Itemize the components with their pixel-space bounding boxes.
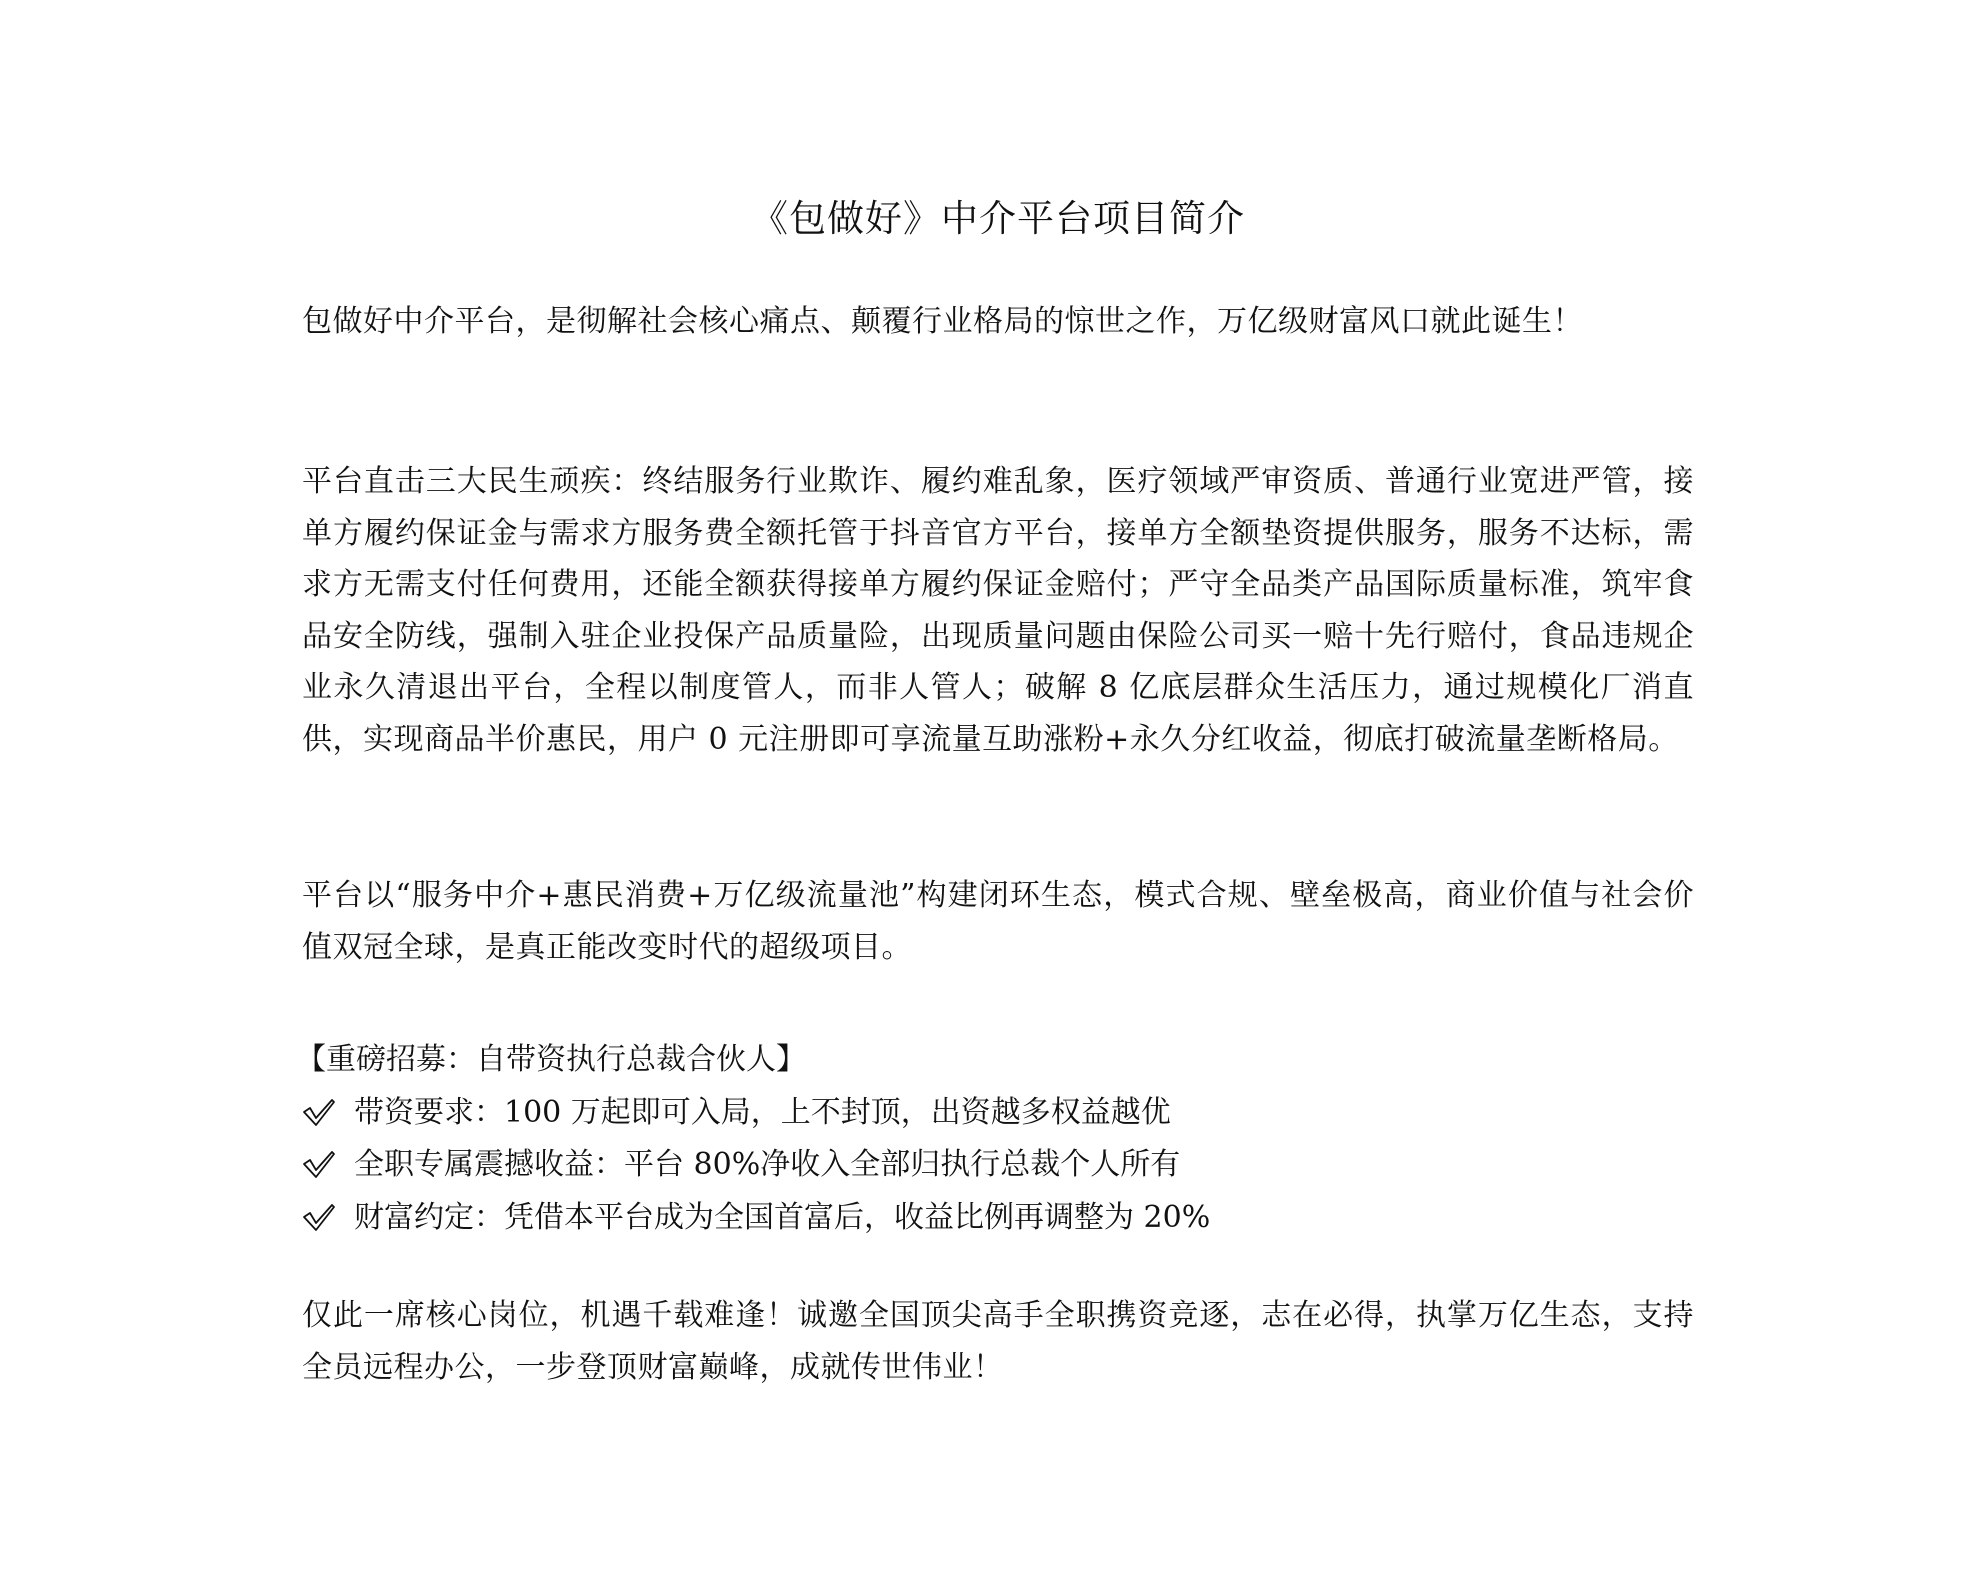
recruitment-item-text: 全职专属震撼收益：平台 80%净收入全部归执行总裁个人所有 [354, 1139, 1180, 1192]
recruitment-item-text: 带资要求：100 万起即可入局，上不封顶，出资越多权益越优 [354, 1087, 1171, 1140]
recruitment-item: 全职专属震撼收益：平台 80%净收入全部归执行总裁个人所有 [302, 1139, 1694, 1192]
recruitment-heading: 【重磅招募：自带资执行总裁合伙人】 [296, 1034, 1694, 1087]
intro-paragraph: 包做好中介平台，是彻解社会核心痛点、颠覆行业格局的惊世之作，万亿级财富风口就此诞… [302, 296, 1694, 348]
recruitment-item: 带资要求：100 万起即可入局，上不封顶，出资越多权益越优 [302, 1087, 1694, 1140]
check-icon [302, 1098, 336, 1128]
ecosystem-paragraph: 平台以“服务中介+惠民消费+万亿级流量池”构建闭环生态，模式合规、壁垒极高，商业… [302, 870, 1694, 973]
closing-paragraph: 仅此一席核心岗位，机遇千载难逢！诚邀全国顶尖高手全职携资竞逐，志在必得，执掌万亿… [302, 1290, 1694, 1393]
check-icon [302, 1203, 336, 1233]
document-title: 《包做好》中介平台项目简介 [302, 194, 1694, 244]
recruitment-item-text: 财富约定：凭借本平台成为全国首富后，收益比例再调整为 20% [354, 1192, 1210, 1245]
recruitment-item: 财富约定：凭借本平台成为全国首富后，收益比例再调整为 20% [302, 1192, 1694, 1245]
check-icon [302, 1150, 336, 1180]
problems-paragraph: 平台直击三大民生顽疾：终结服务行业欺诈、履约难乱象，医疗领域严审资质、普通行业宽… [302, 456, 1694, 765]
recruitment-section: 【重磅招募：自带资执行总裁合伙人】 带资要求：100 万起即可入局，上不封顶，出… [302, 1034, 1694, 1244]
